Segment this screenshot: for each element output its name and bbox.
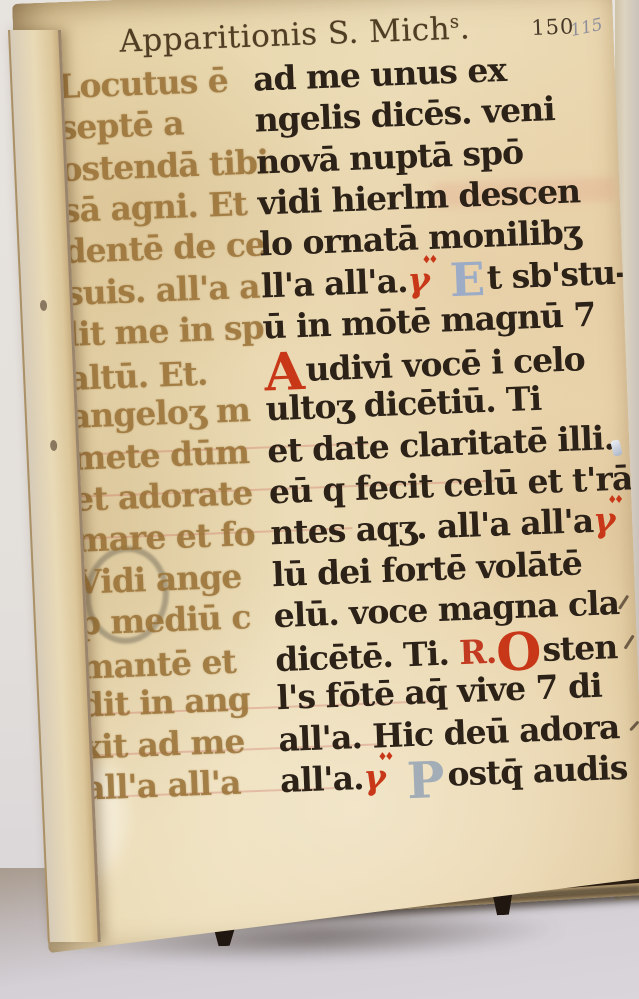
manuscript-photo: Apparitionis S. Michs. 150 115 Locutus ē… [0, 0, 639, 999]
leaf-stain-spot [50, 440, 57, 451]
parchment-page: Apparitionis S. Michs. 150 115 Locutus ē… [12, 0, 639, 953]
versus-mark: γ [363, 757, 386, 798]
versus-mark: γ [407, 261, 430, 302]
text-run: ll'a all'a. [260, 261, 408, 306]
leaf-stain-spot [40, 300, 47, 311]
rubric-run: R. [458, 632, 496, 672]
text-run: all'a. [279, 758, 364, 800]
illuminated-initial: P [406, 750, 445, 810]
text-run: all'a all'a [83, 760, 280, 809]
illuminated-initial: E [449, 252, 485, 307]
running-title-punct: . [459, 10, 471, 46]
text-run: sten [542, 627, 618, 669]
text-run: ostq̄ audis [447, 748, 628, 794]
text-run: t sb'stu- [486, 253, 628, 297]
text-block: Locutus ēad me unus exseptē angelis dicē… [56, 45, 639, 809]
versus-mark: γ [592, 500, 615, 541]
folio-number-ink: 150 [531, 14, 575, 40]
